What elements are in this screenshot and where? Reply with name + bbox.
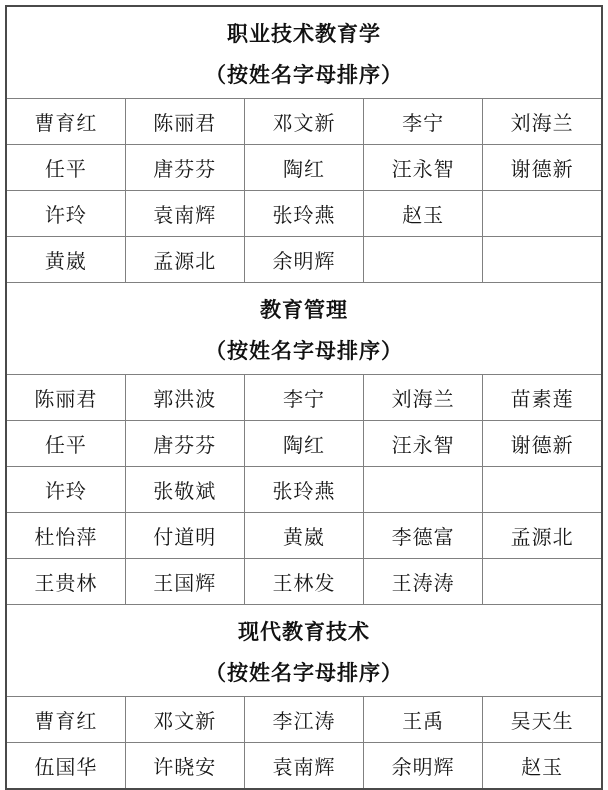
- empty-cell: [483, 237, 602, 283]
- name-cell: 余明辉: [364, 743, 483, 790]
- section-header-cell: 教育管理（按姓名字母排序）: [6, 283, 602, 375]
- table-row: 杜怡萍付道明黄崴李德富孟源北: [6, 513, 602, 559]
- name-cell: 李宁: [364, 99, 483, 145]
- section-title: 教育管理: [7, 291, 601, 331]
- name-cell: 陈丽君: [125, 99, 244, 145]
- name-cell: 曹育红: [6, 99, 125, 145]
- name-cell: 吴天生: [483, 697, 602, 743]
- name-cell: 汪永智: [364, 145, 483, 191]
- name-cell: 李宁: [244, 375, 363, 421]
- name-cell: 余明辉: [244, 237, 363, 283]
- table-row: 任平唐芬芬陶红汪永智谢德新: [6, 145, 602, 191]
- name-cell: 汪永智: [364, 421, 483, 467]
- section-header-cell: 现代教育技术（按姓名字母排序）: [6, 605, 602, 697]
- name-cell: 张玲燕: [244, 191, 363, 237]
- table-row: 曹育红邓文新李江涛王禹吴天生: [6, 697, 602, 743]
- name-cell: 王林发: [244, 559, 363, 605]
- section-title: 职业技术教育学: [7, 15, 601, 55]
- table-body: 职业技术教育学（按姓名字母排序）曹育红陈丽君邓文新李宁刘海兰任平唐芬芬陶红汪永智…: [6, 6, 602, 789]
- table-row: 曹育红陈丽君邓文新李宁刘海兰: [6, 99, 602, 145]
- name-cell: 唐芬芬: [125, 421, 244, 467]
- name-cell: 袁南辉: [125, 191, 244, 237]
- table-row: 王贵林王国辉王林发王涛涛: [6, 559, 602, 605]
- name-cell: 王贵林: [6, 559, 125, 605]
- name-cell: 许玲: [6, 467, 125, 513]
- name-cell: 赵玉: [364, 191, 483, 237]
- name-cell: 陶红: [244, 421, 363, 467]
- table-row: 黄崴孟源北余明辉: [6, 237, 602, 283]
- table-row: 任平唐芬芬陶红汪永智谢德新: [6, 421, 602, 467]
- name-cell: 唐芬芬: [125, 145, 244, 191]
- section-header-row: 职业技术教育学（按姓名字母排序）: [6, 6, 602, 99]
- name-cell: 许晓安: [125, 743, 244, 790]
- name-cell: 邓文新: [244, 99, 363, 145]
- name-cell: 谢德新: [483, 145, 602, 191]
- empty-cell: [364, 467, 483, 513]
- table-row: 许玲袁南辉张玲燕赵玉: [6, 191, 602, 237]
- name-cell: 黄崴: [244, 513, 363, 559]
- section-header-row: 教育管理（按姓名字母排序）: [6, 283, 602, 375]
- name-cell: 伍国华: [6, 743, 125, 790]
- section-subtitle: （按姓名字母排序）: [7, 56, 601, 96]
- name-cell: 付道明: [125, 513, 244, 559]
- name-cell: 任平: [6, 145, 125, 191]
- name-cell: 王涛涛: [364, 559, 483, 605]
- section-title: 现代教育技术: [7, 613, 601, 653]
- section-subtitle: （按姓名字母排序）: [7, 332, 601, 372]
- section-header-row: 现代教育技术（按姓名字母排序）: [6, 605, 602, 697]
- name-cell: 黄崴: [6, 237, 125, 283]
- empty-cell: [483, 467, 602, 513]
- name-cell: 陶红: [244, 145, 363, 191]
- empty-cell: [483, 191, 602, 237]
- name-cell: 谢德新: [483, 421, 602, 467]
- name-cell: 任平: [6, 421, 125, 467]
- name-cell: 袁南辉: [244, 743, 363, 790]
- table-row: 伍国华许晓安袁南辉余明辉赵玉: [6, 743, 602, 790]
- name-cell: 郭洪波: [125, 375, 244, 421]
- name-cell: 孟源北: [125, 237, 244, 283]
- name-cell: 赵玉: [483, 743, 602, 790]
- name-cell: 王国辉: [125, 559, 244, 605]
- faculty-name-table: 职业技术教育学（按姓名字母排序）曹育红陈丽君邓文新李宁刘海兰任平唐芬芬陶红汪永智…: [5, 5, 603, 790]
- name-cell: 孟源北: [483, 513, 602, 559]
- name-cell: 张玲燕: [244, 467, 363, 513]
- name-cell: 李江涛: [244, 697, 363, 743]
- name-cell: 陈丽君: [6, 375, 125, 421]
- empty-cell: [483, 559, 602, 605]
- empty-cell: [364, 237, 483, 283]
- name-cell: 曹育红: [6, 697, 125, 743]
- section-subtitle: （按姓名字母排序）: [7, 654, 601, 694]
- name-cell: 刘海兰: [483, 99, 602, 145]
- name-cell: 许玲: [6, 191, 125, 237]
- name-cell: 邓文新: [125, 697, 244, 743]
- name-cell: 杜怡萍: [6, 513, 125, 559]
- name-cell: 王禹: [364, 697, 483, 743]
- section-header-cell: 职业技术教育学（按姓名字母排序）: [6, 6, 602, 99]
- name-cell: 苗素莲: [483, 375, 602, 421]
- document-page: 职业技术教育学（按姓名字母排序）曹育红陈丽君邓文新李宁刘海兰任平唐芬芬陶红汪永智…: [0, 0, 608, 768]
- table-row: 陈丽君郭洪波李宁刘海兰苗素莲: [6, 375, 602, 421]
- name-cell: 李德富: [364, 513, 483, 559]
- name-cell: 张敬斌: [125, 467, 244, 513]
- table-row: 许玲张敬斌张玲燕: [6, 467, 602, 513]
- name-cell: 刘海兰: [364, 375, 483, 421]
